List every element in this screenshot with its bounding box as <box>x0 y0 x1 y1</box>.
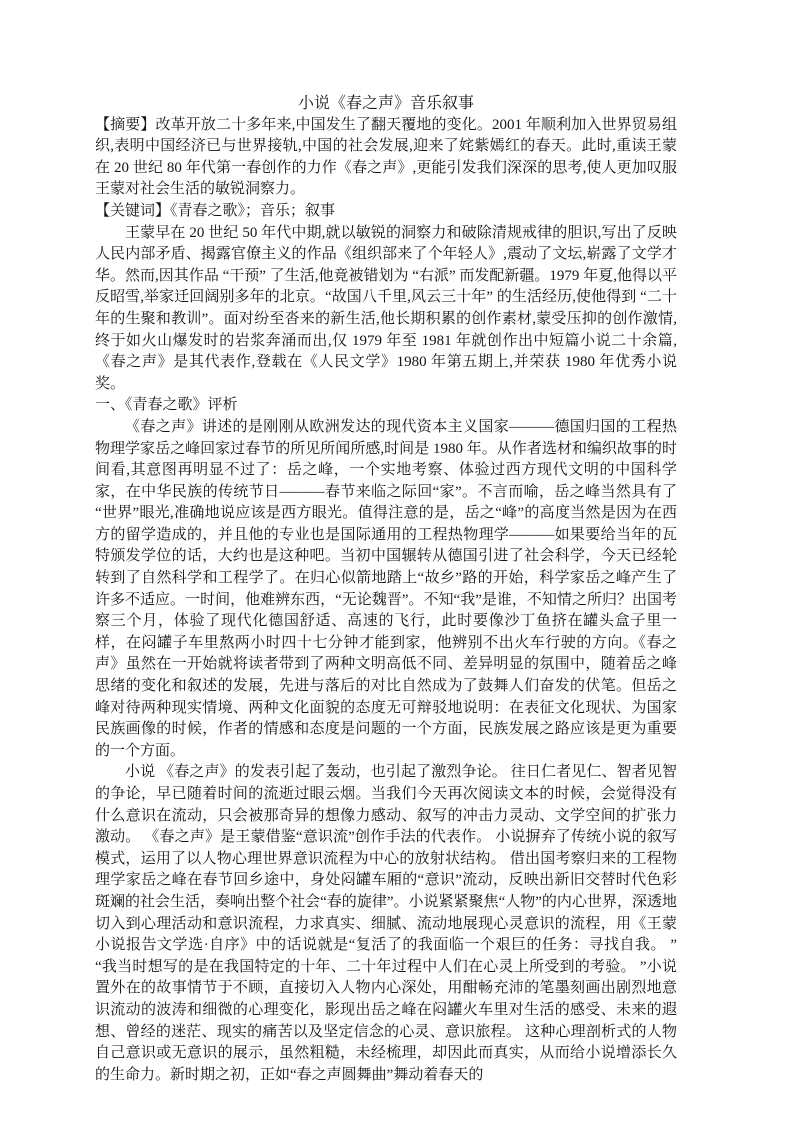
abstract-paragraph: 【摘要】改革开放二十多年来,中国发生了翻天覆地的变化。2001 年顺利加入世界贸… <box>95 115 677 201</box>
document-title: 小说《春之声》音乐叙事 <box>95 93 677 115</box>
document-page: 小说《春之声》音乐叙事 【摘要】改革开放二十多年来,中国发生了翻天覆地的变化。2… <box>0 0 793 1122</box>
paragraph-stream-of-consciousness-discussion: 小说 《春之声》的发表引起了轰动，也引起了激烈争论。 往日仁者见仁、智者见智的争… <box>95 762 677 1086</box>
paragraph-author-intro: 王蒙早在 20 世纪 50 年代中期,就以敏锐的洞察力和破除清规戒律的胆识,写出… <box>95 223 677 396</box>
section-heading-one: 一、《青春之歌》评析 <box>95 395 677 417</box>
keywords-line: 【关键词】《青春之歌》；音乐；叙事 <box>95 201 677 223</box>
paragraph-story-analysis: 《春之声》讲述的是刚刚从欧洲发达的现代资本主义国家———德国归国的工程热物理学家… <box>95 417 677 763</box>
